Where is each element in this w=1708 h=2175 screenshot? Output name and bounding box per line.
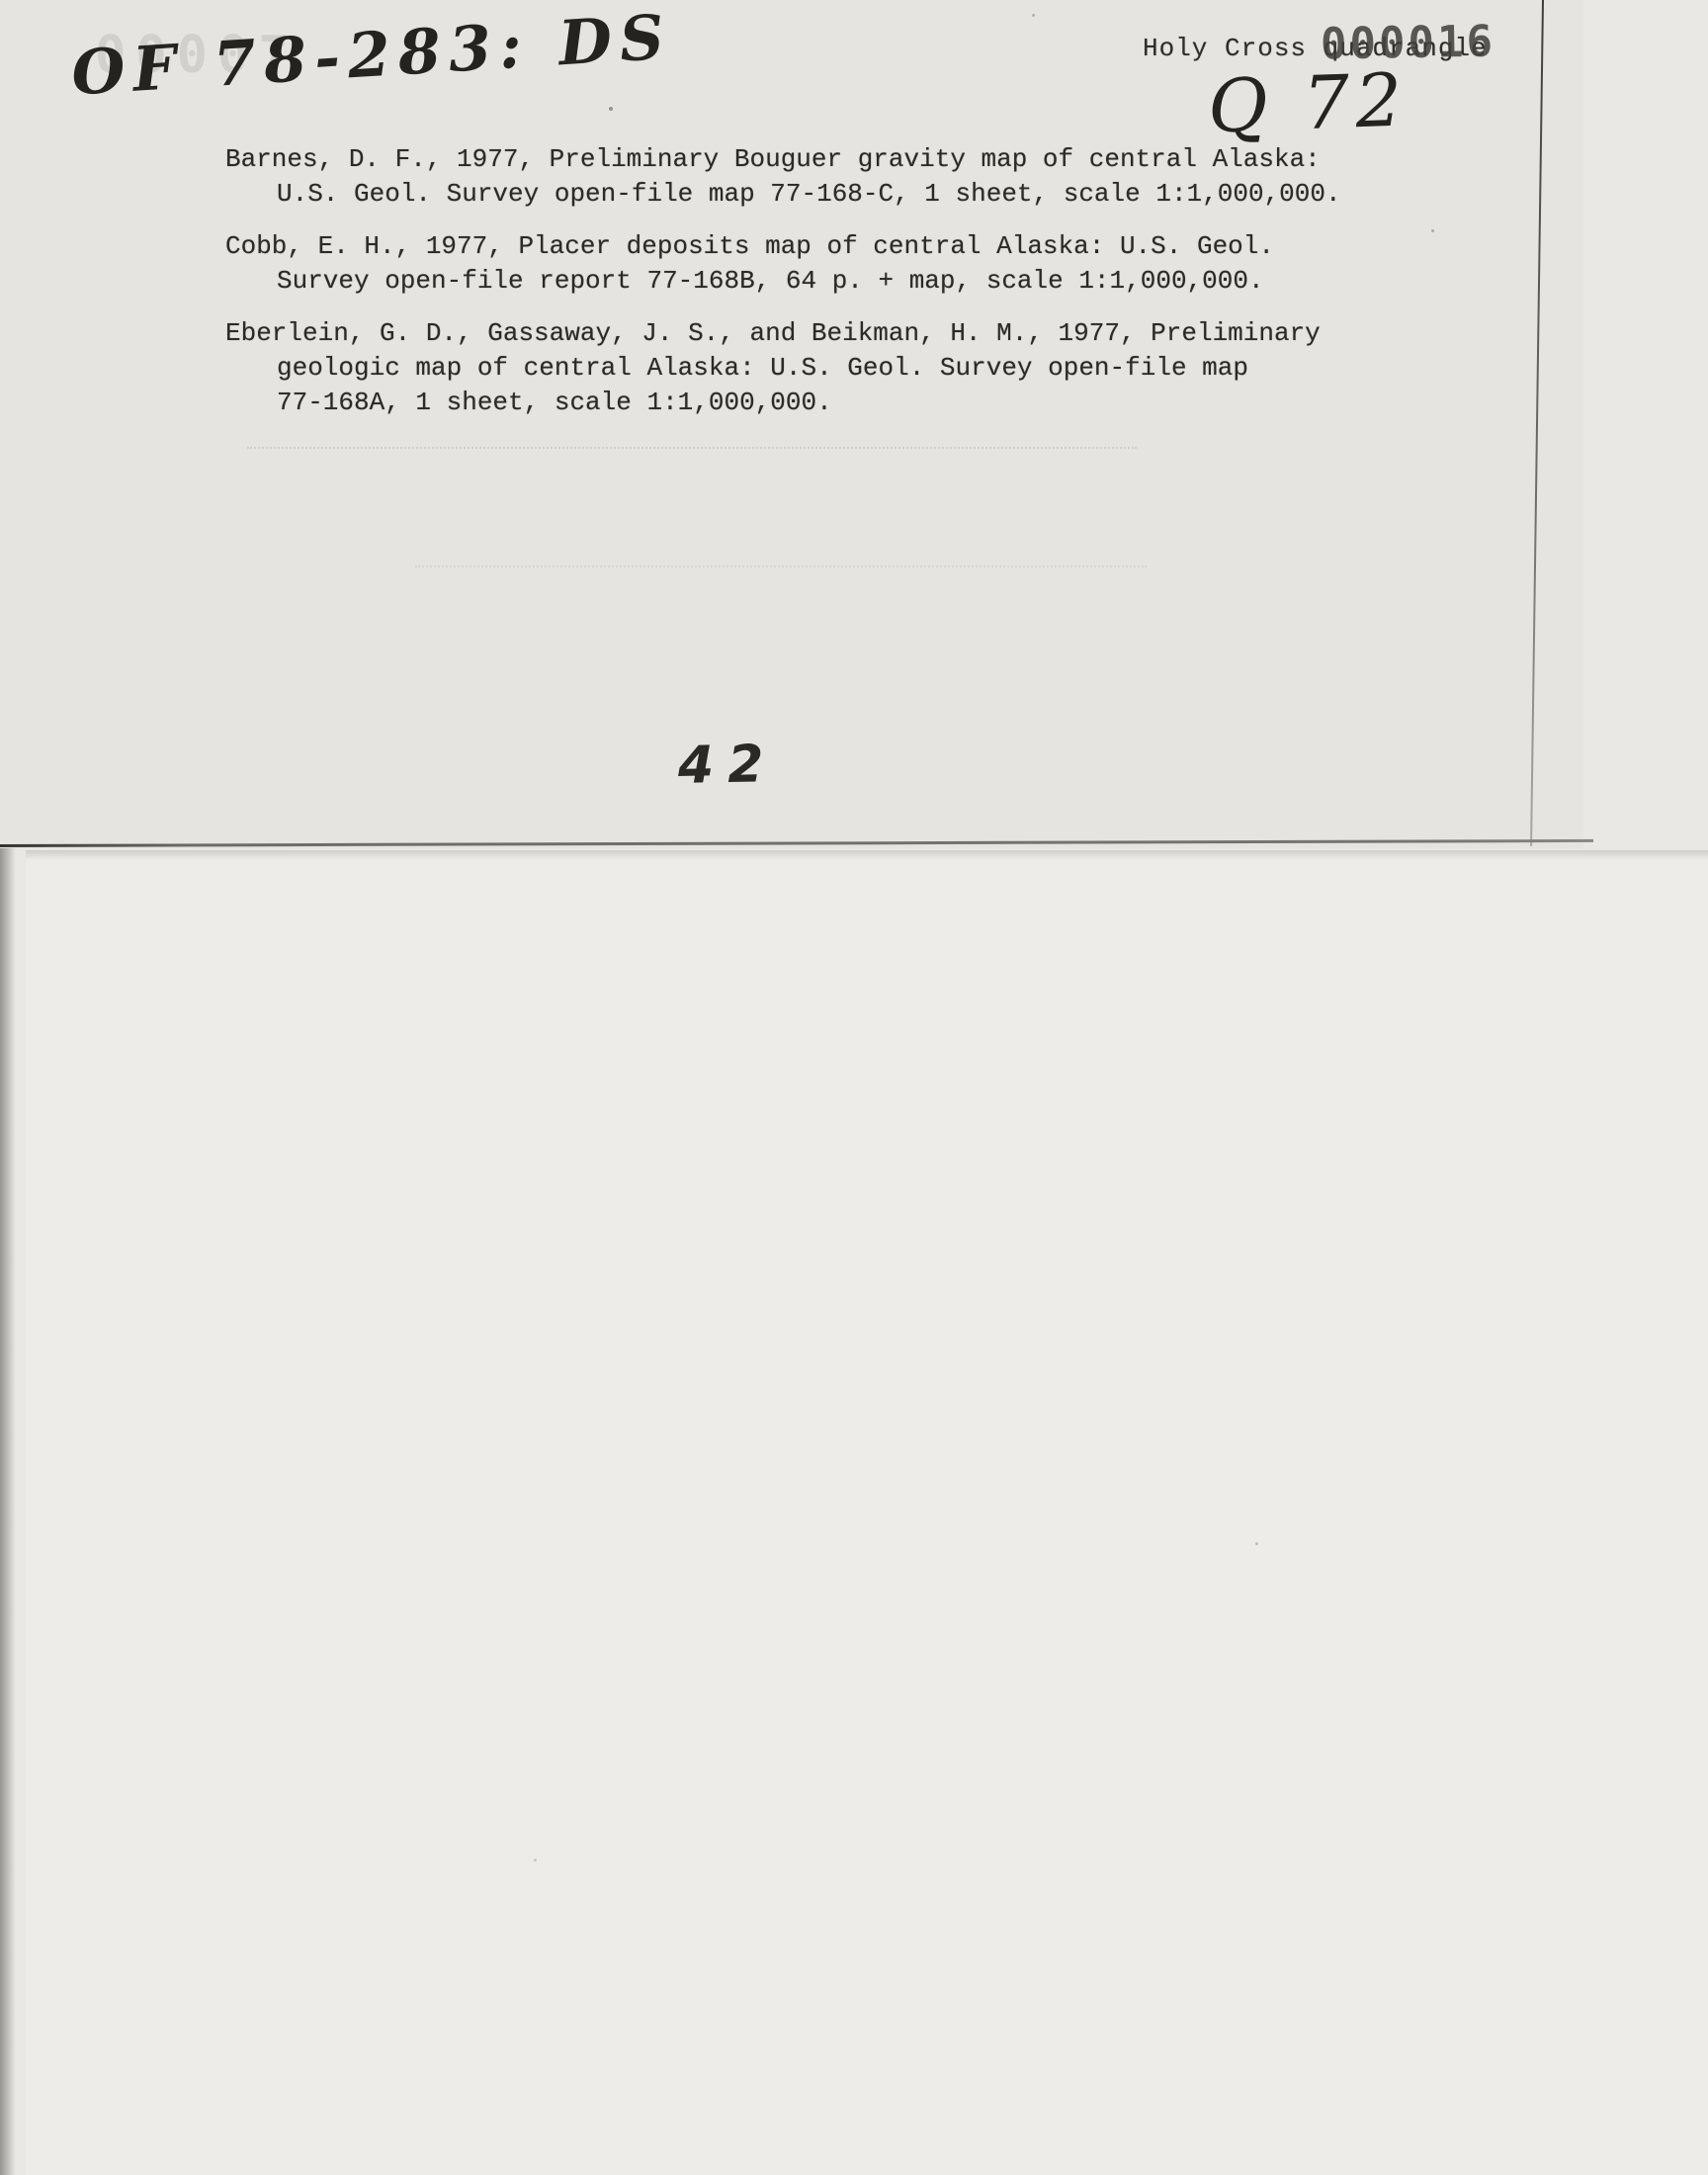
reference-entry-cobb: Cobb, E. H., 1977, Placer deposits map o… xyxy=(225,229,1471,299)
handwritten-q-number: Q 72 xyxy=(1207,57,1409,149)
reference-line: Barnes, D. F., 1977, Preliminary Bouguer… xyxy=(225,142,1471,177)
handwritten-report-id: OF 78-283: DS xyxy=(69,0,705,109)
scan-speck xyxy=(534,1859,537,1862)
reference-line: Cobb, E. H., 1977, Placer deposits map o… xyxy=(225,229,1471,264)
reference-line: Survey open-file report 77-168B, 64 p. +… xyxy=(277,264,1471,299)
page-crease-line xyxy=(1530,0,1544,846)
bibliography: Barnes, D. F., 1977, Preliminary Bouguer… xyxy=(225,142,1471,438)
scan-speck xyxy=(1255,1542,1258,1545)
lower-page-left-edge-shadow xyxy=(0,846,16,2175)
lower-blank-page xyxy=(26,850,1708,2175)
lower-page-top-shadow xyxy=(26,850,1708,860)
scan-artifact-line xyxy=(247,447,1137,449)
reference-entry-eberlein: Eberlein, G. D., Gassaway, J. S., and Be… xyxy=(225,316,1471,420)
reference-line: geologic map of central Alaska: U.S. Geo… xyxy=(277,351,1471,386)
reference-line: U.S. Geol. Survey open-file map 77-168-C… xyxy=(277,177,1471,212)
page-number: 42 xyxy=(677,735,777,796)
scan-artifact-line xyxy=(415,565,1147,567)
scan-speck xyxy=(609,107,613,111)
reference-line: 77-168A, 1 sheet, scale 1:1,000,000. xyxy=(277,386,1471,420)
scan-speck xyxy=(1431,229,1434,232)
scan-speck xyxy=(1032,14,1035,17)
reference-card-page: 00007 OF 78-283: DS Holy Cross quadrangl… xyxy=(0,0,1583,848)
scanned-document: 00007 OF 78-283: DS Holy Cross quadrangl… xyxy=(0,0,1708,2175)
page-bottom-edge xyxy=(0,839,1593,847)
reference-line: Eberlein, G. D., Gassaway, J. S., and Be… xyxy=(225,316,1471,351)
reference-entry-barnes: Barnes, D. F., 1977, Preliminary Bouguer… xyxy=(225,142,1471,212)
